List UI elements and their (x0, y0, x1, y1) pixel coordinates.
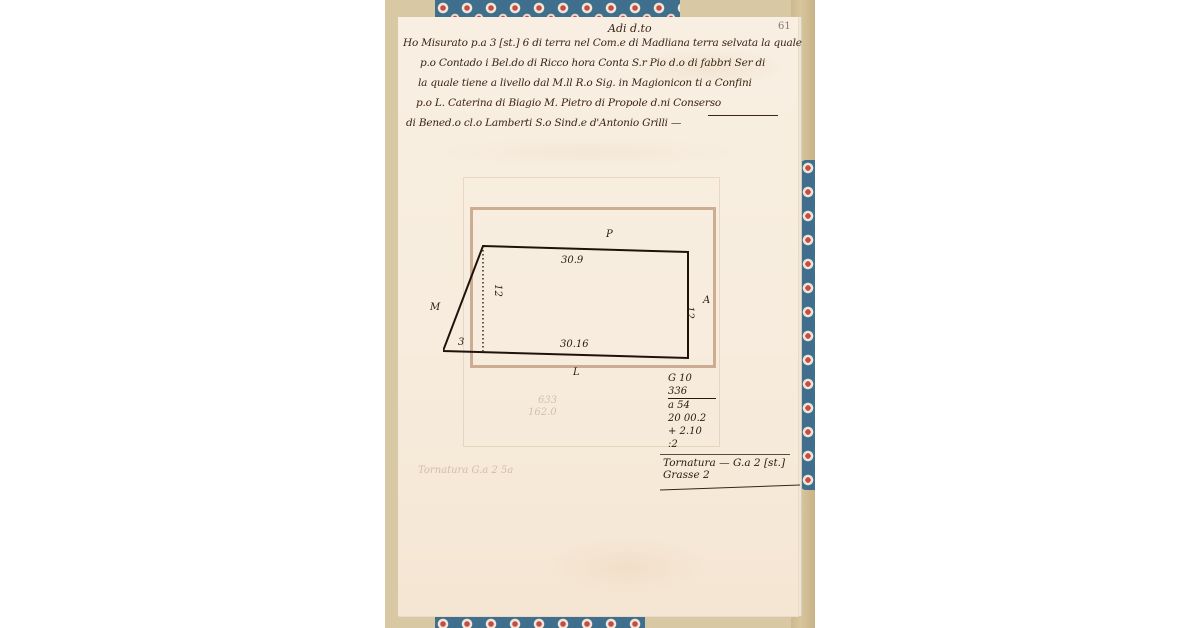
manuscript-page: Adi d.to 61 Ho Misurato p.a 3 [st.] 6 di… (398, 17, 798, 616)
side-label-right: 12 (684, 306, 695, 319)
ghost-line: Tornatura G.a 2 5a (418, 465, 513, 476)
total-area: Tornatura — G.a 2 [st.] Grasse 2 (663, 457, 798, 481)
manuscript-scan: Adi d.to 61 Ho Misurato p.a 3 [st.] 6 di… (385, 0, 815, 628)
text-line-2: p.o Contado i Bel.do di Ricco hora Conta… (420, 57, 765, 69)
boundary-label-top: P (606, 229, 613, 240)
rule (660, 485, 800, 491)
area-calculation: G 10 336 a 54 20 00.2 + 2.10 :2 (668, 372, 716, 451)
text-line-4: p.o L. Caterina di Biagio M. Pietro di P… (416, 97, 721, 109)
underline-rule (708, 115, 778, 116)
corner-label: 3 (458, 337, 464, 348)
text-line-1: Ho Misurato p.a 3 [st.] 6 di terra nel C… (403, 37, 802, 49)
boundary-label-bottom: L (573, 367, 580, 378)
boundary-label-left: M (430, 302, 440, 313)
calc-line: G 10 (668, 372, 716, 385)
stain (548, 537, 708, 597)
calc-line: :2 (668, 438, 716, 451)
text-line-5: di Bened.o cl.o Lamberti S.o Sind.e d'An… (406, 117, 681, 129)
rule (660, 454, 790, 455)
side-label-bottom: 30.16 (560, 339, 589, 350)
text-line-3: la quale tiene a livello dal M.ll R.o Si… (418, 77, 752, 89)
page-heading: Adi d.to (608, 22, 652, 35)
boundary-label-right: A (703, 295, 710, 306)
height-label-left: 12 (492, 284, 503, 297)
calc-line: 20 00.2 (668, 412, 716, 425)
decorative-paper-top (435, 0, 680, 18)
stain (428, 137, 748, 167)
calc-line: 336 (668, 385, 716, 399)
calc-line: + 2.10 (668, 425, 716, 438)
ghost-numbers: 633 (538, 395, 557, 406)
decorative-paper-bottom (435, 616, 645, 628)
ghost-numbers: 162.0 (528, 407, 557, 418)
decorative-paper-right (800, 160, 815, 490)
calc-line: a 54 (668, 399, 716, 412)
folio-number: 61 (778, 21, 791, 32)
side-label-top: 30.9 (561, 255, 583, 266)
